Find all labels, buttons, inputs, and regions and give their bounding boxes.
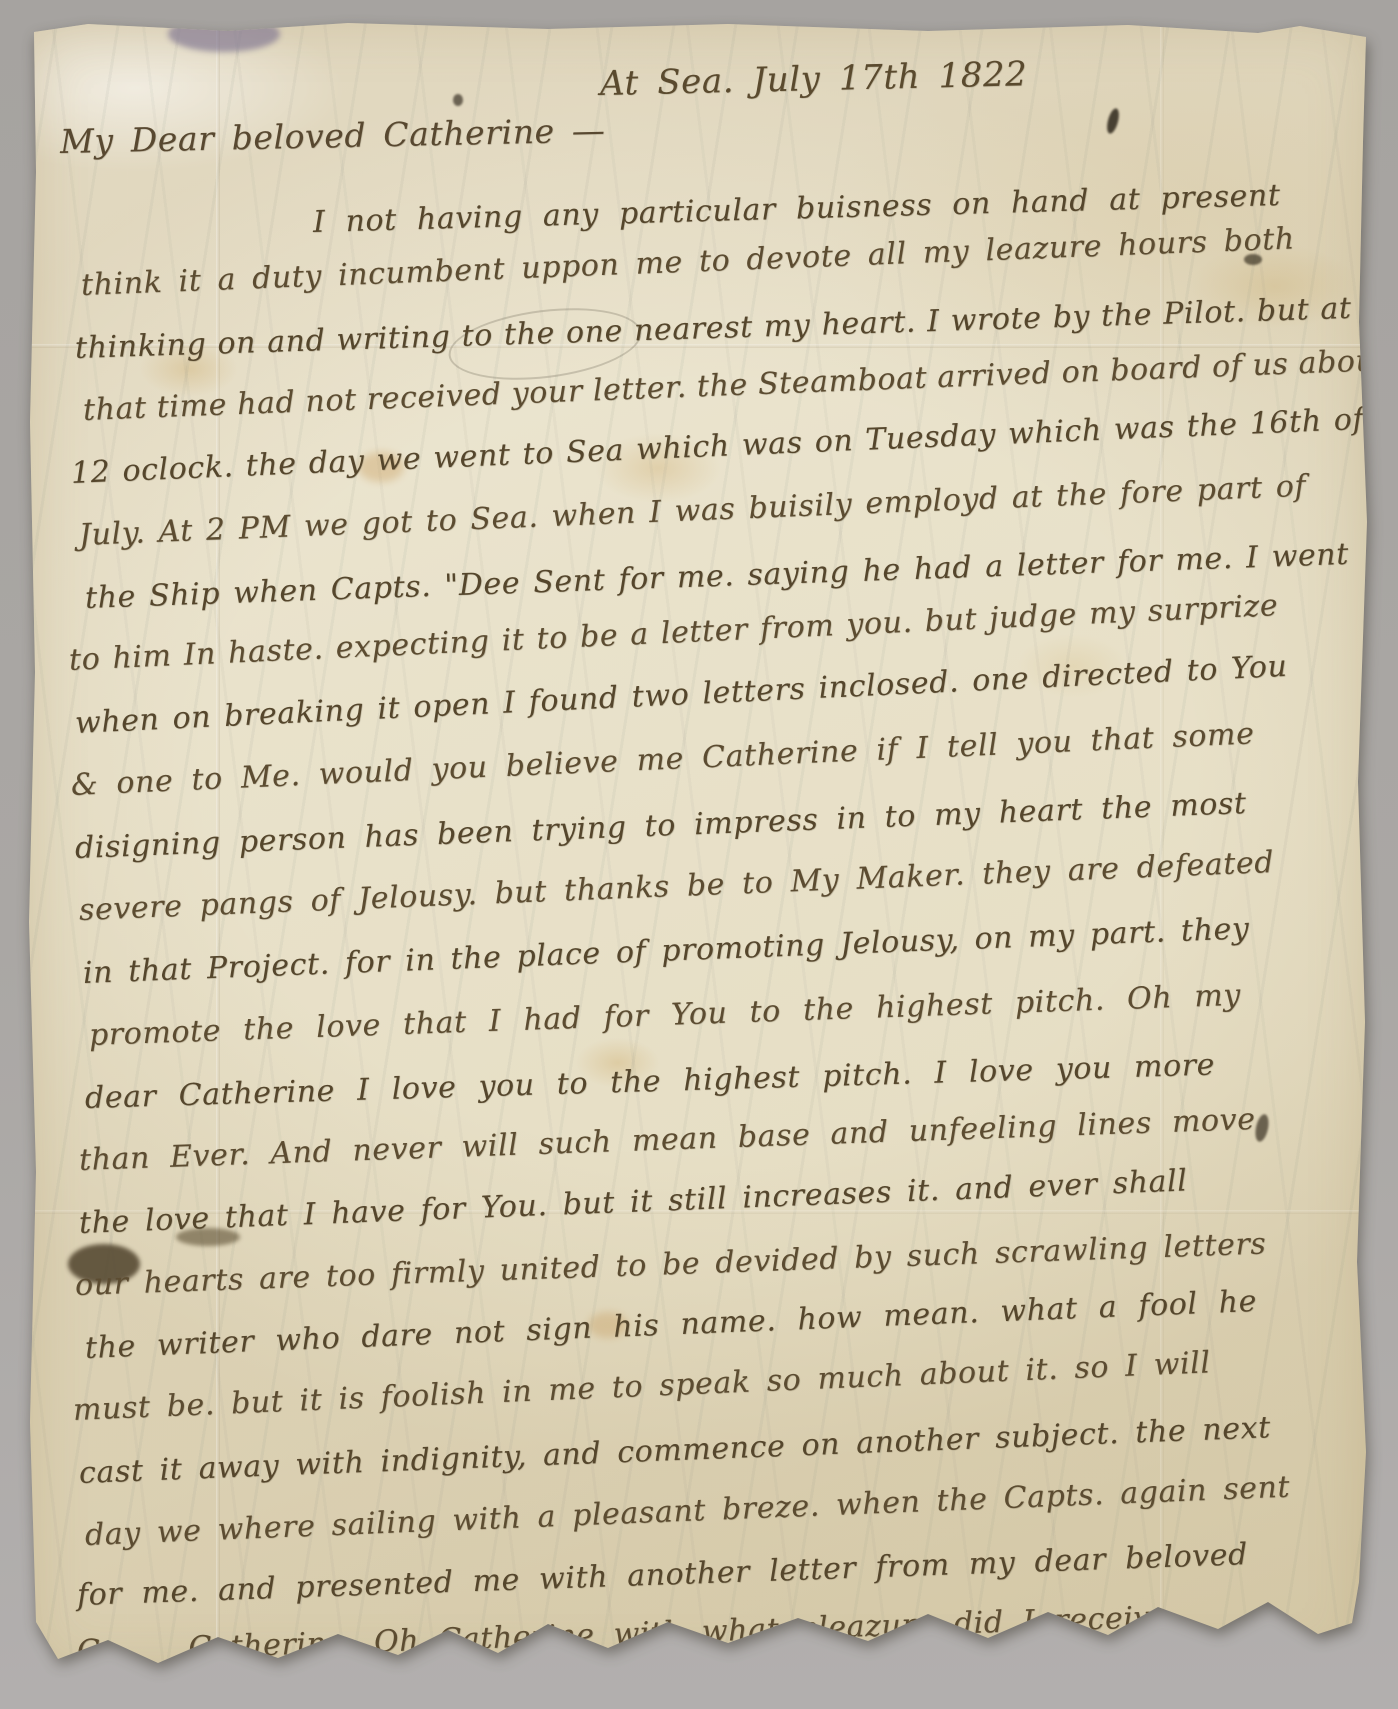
ink-speck — [453, 94, 463, 106]
letter-line: think it a duty incumbent uppon me to de… — [80, 221, 1295, 303]
letter-line: dear Catherine I love you to the highest… — [84, 1047, 1215, 1116]
ink-spot — [1105, 107, 1121, 135]
letter-line: for me. and presented me with another le… — [76, 1537, 1248, 1613]
letter-line: CCatherine. Oh Catherine with what pleaz… — [76, 1600, 1169, 1669]
letter-line: promote the love that I had for You to t… — [88, 978, 1241, 1053]
letter-line: the love that I have for You. but it sti… — [78, 1163, 1188, 1241]
ink-dash — [1253, 1113, 1271, 1143]
scan-background: { "page": { "background_color": "#aaa7a4… — [0, 0, 1398, 1709]
letter-line-text: Catherine. Oh Catherine with what pleazu… — [188, 1600, 1170, 1666]
letter-dateline: At Sea. July 17th 1822 — [600, 54, 1028, 104]
letter-salutation: My Dear beloved Catherine — — [60, 111, 606, 161]
letter-page-wrapper: At Sea. July 17th 1822 My Dear beloved C… — [28, 22, 1368, 1674]
margin-initial: C — [76, 1633, 101, 1669]
letter-line: in that Project. for in the place of pro… — [82, 911, 1250, 991]
letter-page: At Sea. July 17th 1822 My Dear beloved C… — [28, 22, 1368, 1674]
wax-stain — [168, 16, 280, 52]
